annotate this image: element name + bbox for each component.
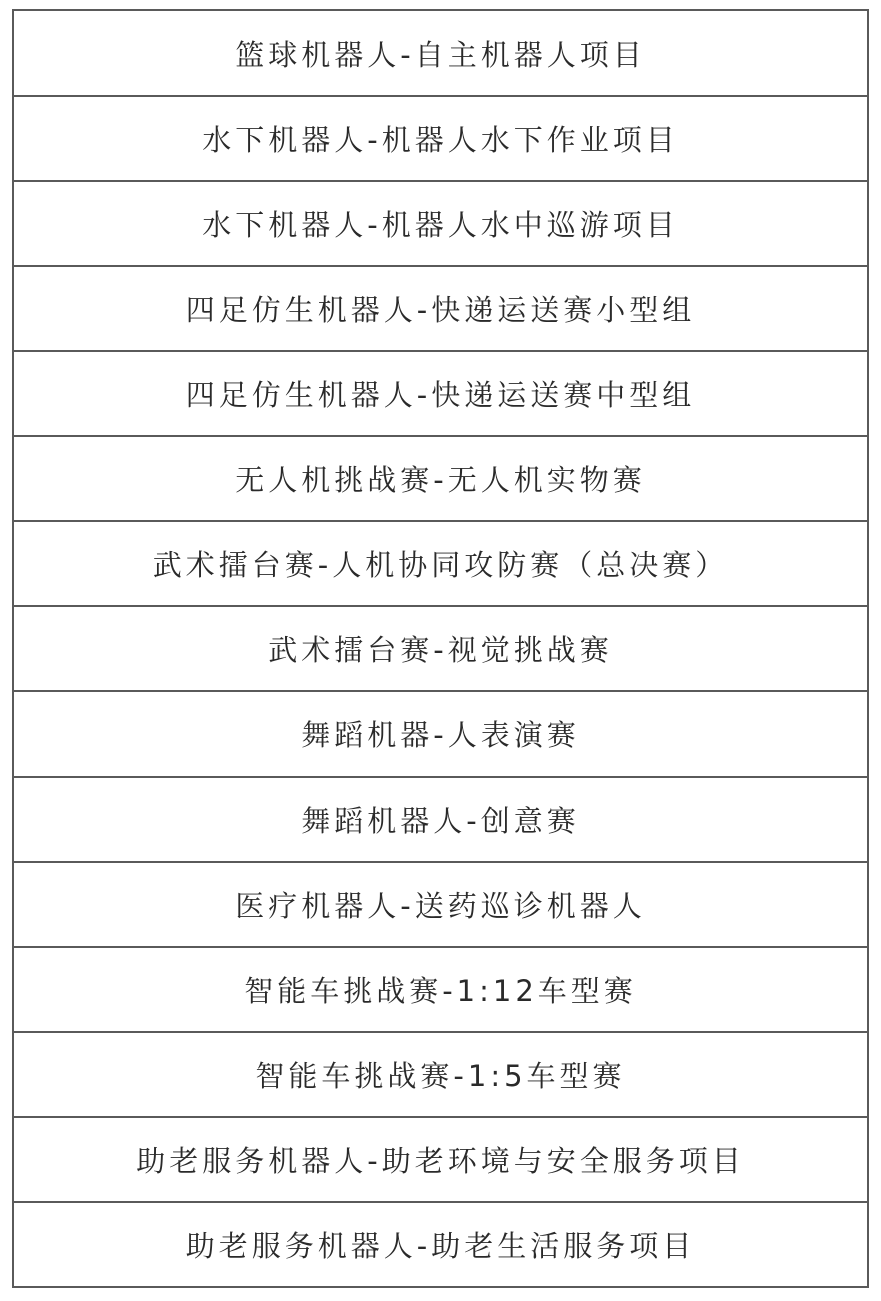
table-row: 智能车挑战赛-1:12车型赛 (14, 946, 867, 1031)
table-row: 水下机器人-机器人水下作业项目 (14, 95, 867, 180)
table-row: 四足仿生机器人-快递运送赛中型组 (14, 350, 867, 435)
table-cell: 舞蹈机器-人表演赛 (301, 713, 579, 754)
table-cell: 医疗机器人-送药巡诊机器人 (235, 884, 645, 925)
table-row: 助老服务机器人-助老生活服务项目 (14, 1201, 867, 1286)
table-row: 篮球机器人-自主机器人项目 (14, 11, 867, 95)
table-row: 助老服务机器人-助老环境与安全服务项目 (14, 1116, 867, 1201)
table-row: 四足仿生机器人-快递运送赛小型组 (14, 265, 867, 350)
table-row: 水下机器人-机器人水中巡游项目 (14, 180, 867, 265)
table-cell: 智能车挑战赛-1:12车型赛 (244, 969, 637, 1010)
table-cell: 无人机挑战赛-无人机实物赛 (235, 458, 645, 499)
table-cell: 武术擂台赛-人机协同攻防赛（总决赛） (153, 543, 728, 584)
table-cell: 篮球机器人-自主机器人项目 (235, 33, 645, 74)
table-row: 无人机挑战赛-无人机实物赛 (14, 435, 867, 520)
table-row: 医疗机器人-送药巡诊机器人 (14, 861, 867, 946)
table-row: 舞蹈机器-人表演赛 (14, 690, 867, 775)
table-row: 武术擂台赛-人机协同攻防赛（总决赛） (14, 520, 867, 605)
table-cell: 舞蹈机器人-创意赛 (301, 799, 579, 840)
table-row: 武术擂台赛-视觉挑战赛 (14, 605, 867, 690)
table-row: 智能车挑战赛-1:5车型赛 (14, 1031, 867, 1116)
table-row: 舞蹈机器人-创意赛 (14, 776, 867, 861)
table-cell: 武术擂台赛-视觉挑战赛 (268, 628, 612, 669)
table-cell: 四足仿生机器人-快递运送赛中型组 (186, 373, 695, 414)
competition-list-table: 篮球机器人-自主机器人项目 水下机器人-机器人水下作业项目 水下机器人-机器人水… (12, 9, 869, 1288)
table-cell: 助老服务机器人-助老环境与安全服务项目 (136, 1139, 744, 1180)
table-cell: 水下机器人-机器人水中巡游项目 (202, 203, 678, 244)
table-cell: 助老服务机器人-助老生活服务项目 (186, 1224, 695, 1265)
table-cell: 水下机器人-机器人水下作业项目 (202, 118, 678, 159)
table-cell: 四足仿生机器人-快递运送赛小型组 (186, 288, 695, 329)
table-cell: 智能车挑战赛-1:5车型赛 (255, 1054, 625, 1095)
